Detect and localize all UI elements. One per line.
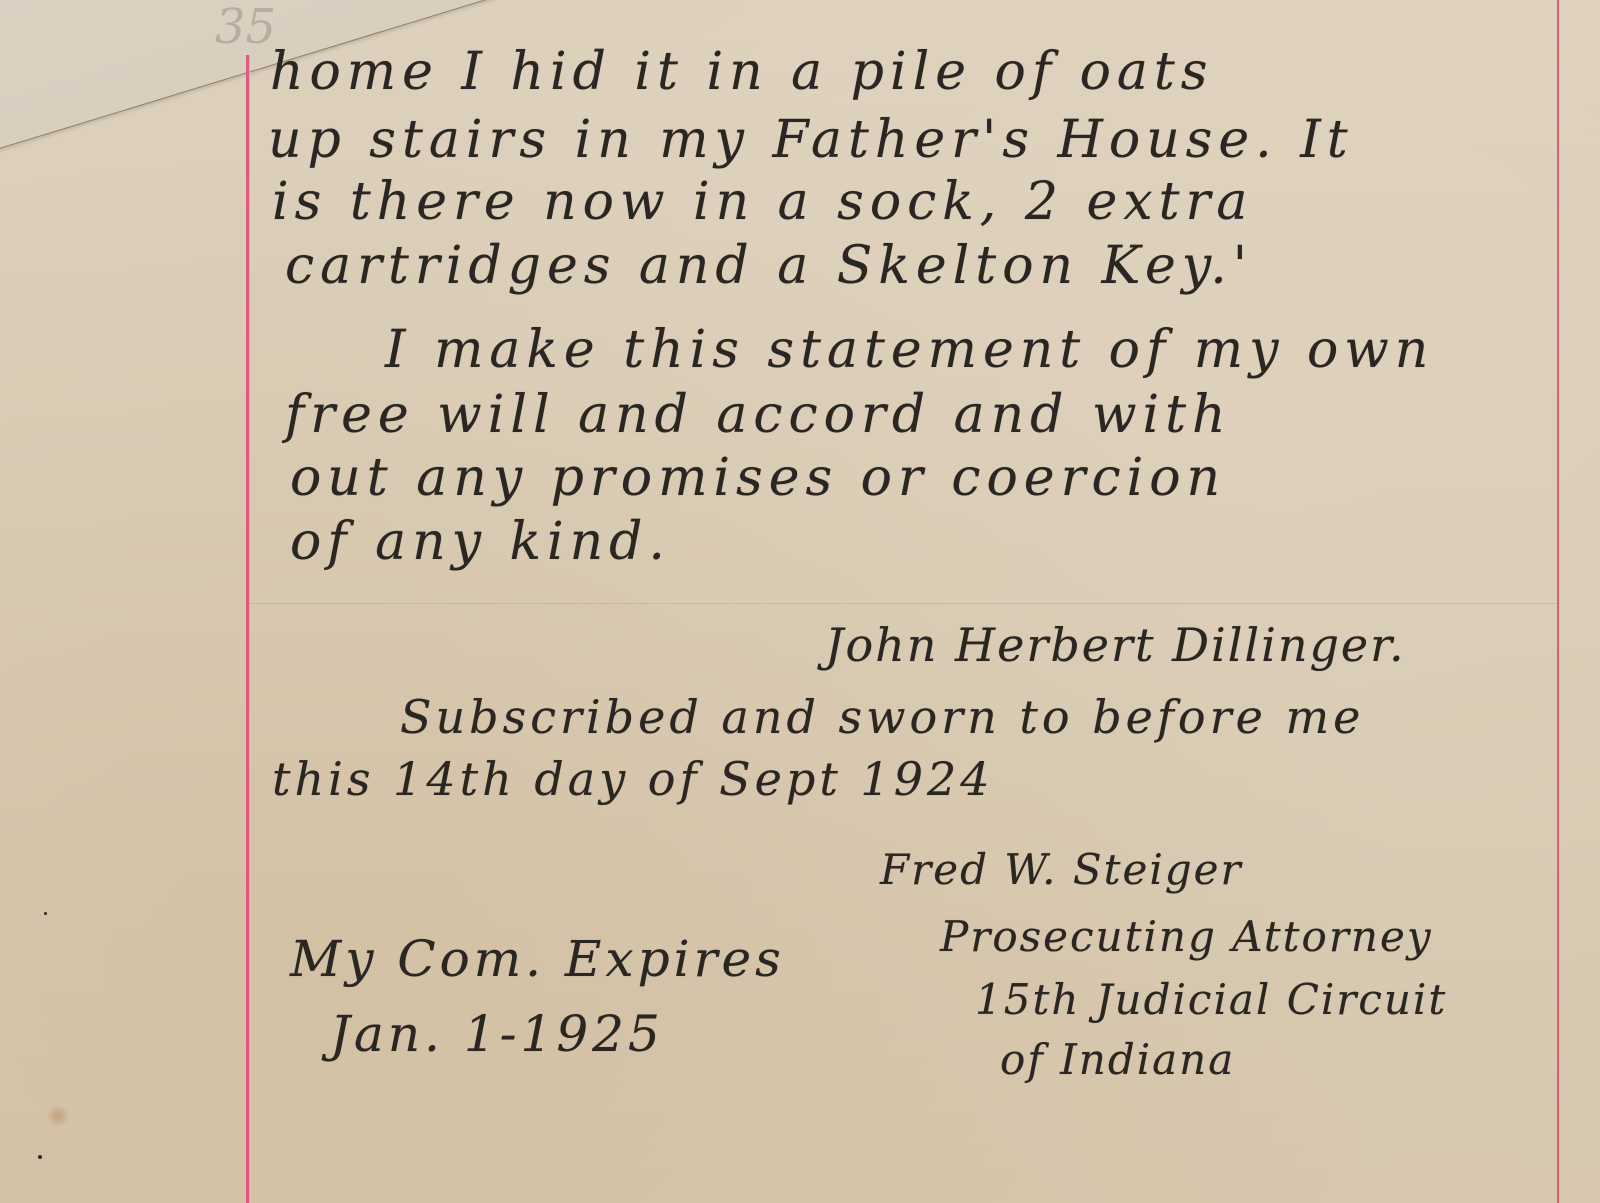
statement-line-7: out any promises or coercion xyxy=(290,448,1226,508)
statement-line-6: free will and accord and with xyxy=(285,385,1231,445)
right-margin-rule xyxy=(1557,0,1559,1203)
officer-title: Prosecuting Attorney xyxy=(940,912,1433,961)
officer-circuit: 15th Judicial Circuit xyxy=(975,975,1447,1024)
jurat-line-1: Subscribed and sworn to before me xyxy=(400,690,1364,744)
ink-speck xyxy=(38,1155,42,1159)
statement-line-2: up stairs in my Father's House. It xyxy=(268,110,1354,170)
dillinger-signature: John Herbert Dillinger. xyxy=(825,618,1406,672)
statement-line-5: I make this statement of my own xyxy=(385,320,1434,380)
document-page: 35 home I hid it in a pile of oats up st… xyxy=(0,0,1600,1203)
commission-expires-label: My Com. Expires xyxy=(290,930,785,988)
officer-signature: Fred W. Steiger xyxy=(880,845,1243,894)
paper-fold-line xyxy=(249,603,1557,604)
left-margin-rule xyxy=(246,55,249,1203)
commission-expiry-date: Jan. 1-1925 xyxy=(330,1005,664,1063)
statement-line-4: cartridges and a Skelton Key.' xyxy=(285,236,1253,296)
jurat-line-2: this 14th day of Sept 1924 xyxy=(272,752,994,806)
ink-speck xyxy=(44,912,47,915)
paper-stain xyxy=(45,1105,71,1127)
officer-state: of Indiana xyxy=(1000,1035,1235,1084)
statement-line-1: home I hid it in a pile of oats xyxy=(270,42,1213,102)
statement-line-8: of any kind. xyxy=(290,512,671,572)
statement-line-3: is there now in a sock, 2 extra xyxy=(272,172,1253,232)
